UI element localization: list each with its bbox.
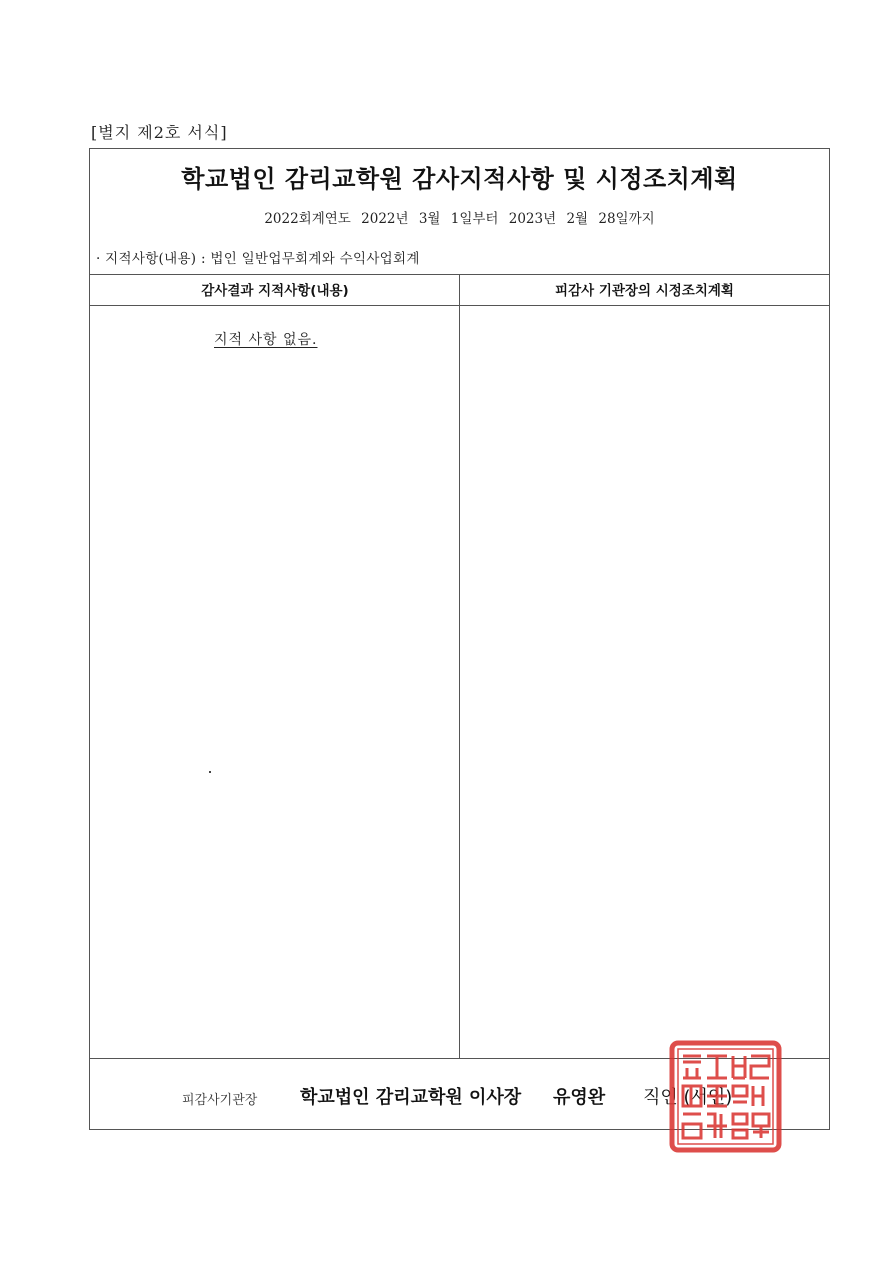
signature-organization: 학교법인 감리교학원 이사장 — [300, 1083, 521, 1109]
signature-name: 유영완 — [553, 1083, 605, 1109]
column-header-audit-findings: 감사결과 지적사항(내용) — [90, 276, 460, 307]
finding-subject: · 지적사항(내용) : 법인 일반업무회계와 수익사업회계 — [96, 247, 420, 267]
column-header-corrective-plan: 피감사 기관장의 시정조치계획 — [460, 276, 829, 307]
fiscal-period: 2022회계연도 2022년 3월 1일부터 2023년 2월 28일까지 — [90, 207, 829, 227]
signature-label: 피감사기관장 — [182, 1089, 257, 1108]
document-title: 학교법인 감리교학원 감사지적사항 및 시정조치계획 — [90, 159, 829, 194]
column-divider — [459, 274, 460, 1059]
form-label: [별지 제2호 서식] — [91, 120, 228, 143]
audit-form-table: 학교법인 감리교학원 감사지적사항 및 시정조치계획 2022회계연도 2022… — [89, 148, 830, 1130]
audit-findings-content: 지적 사항 없음. — [214, 329, 318, 349]
stray-mark — [209, 771, 211, 773]
official-seal-icon — [669, 1040, 782, 1153]
